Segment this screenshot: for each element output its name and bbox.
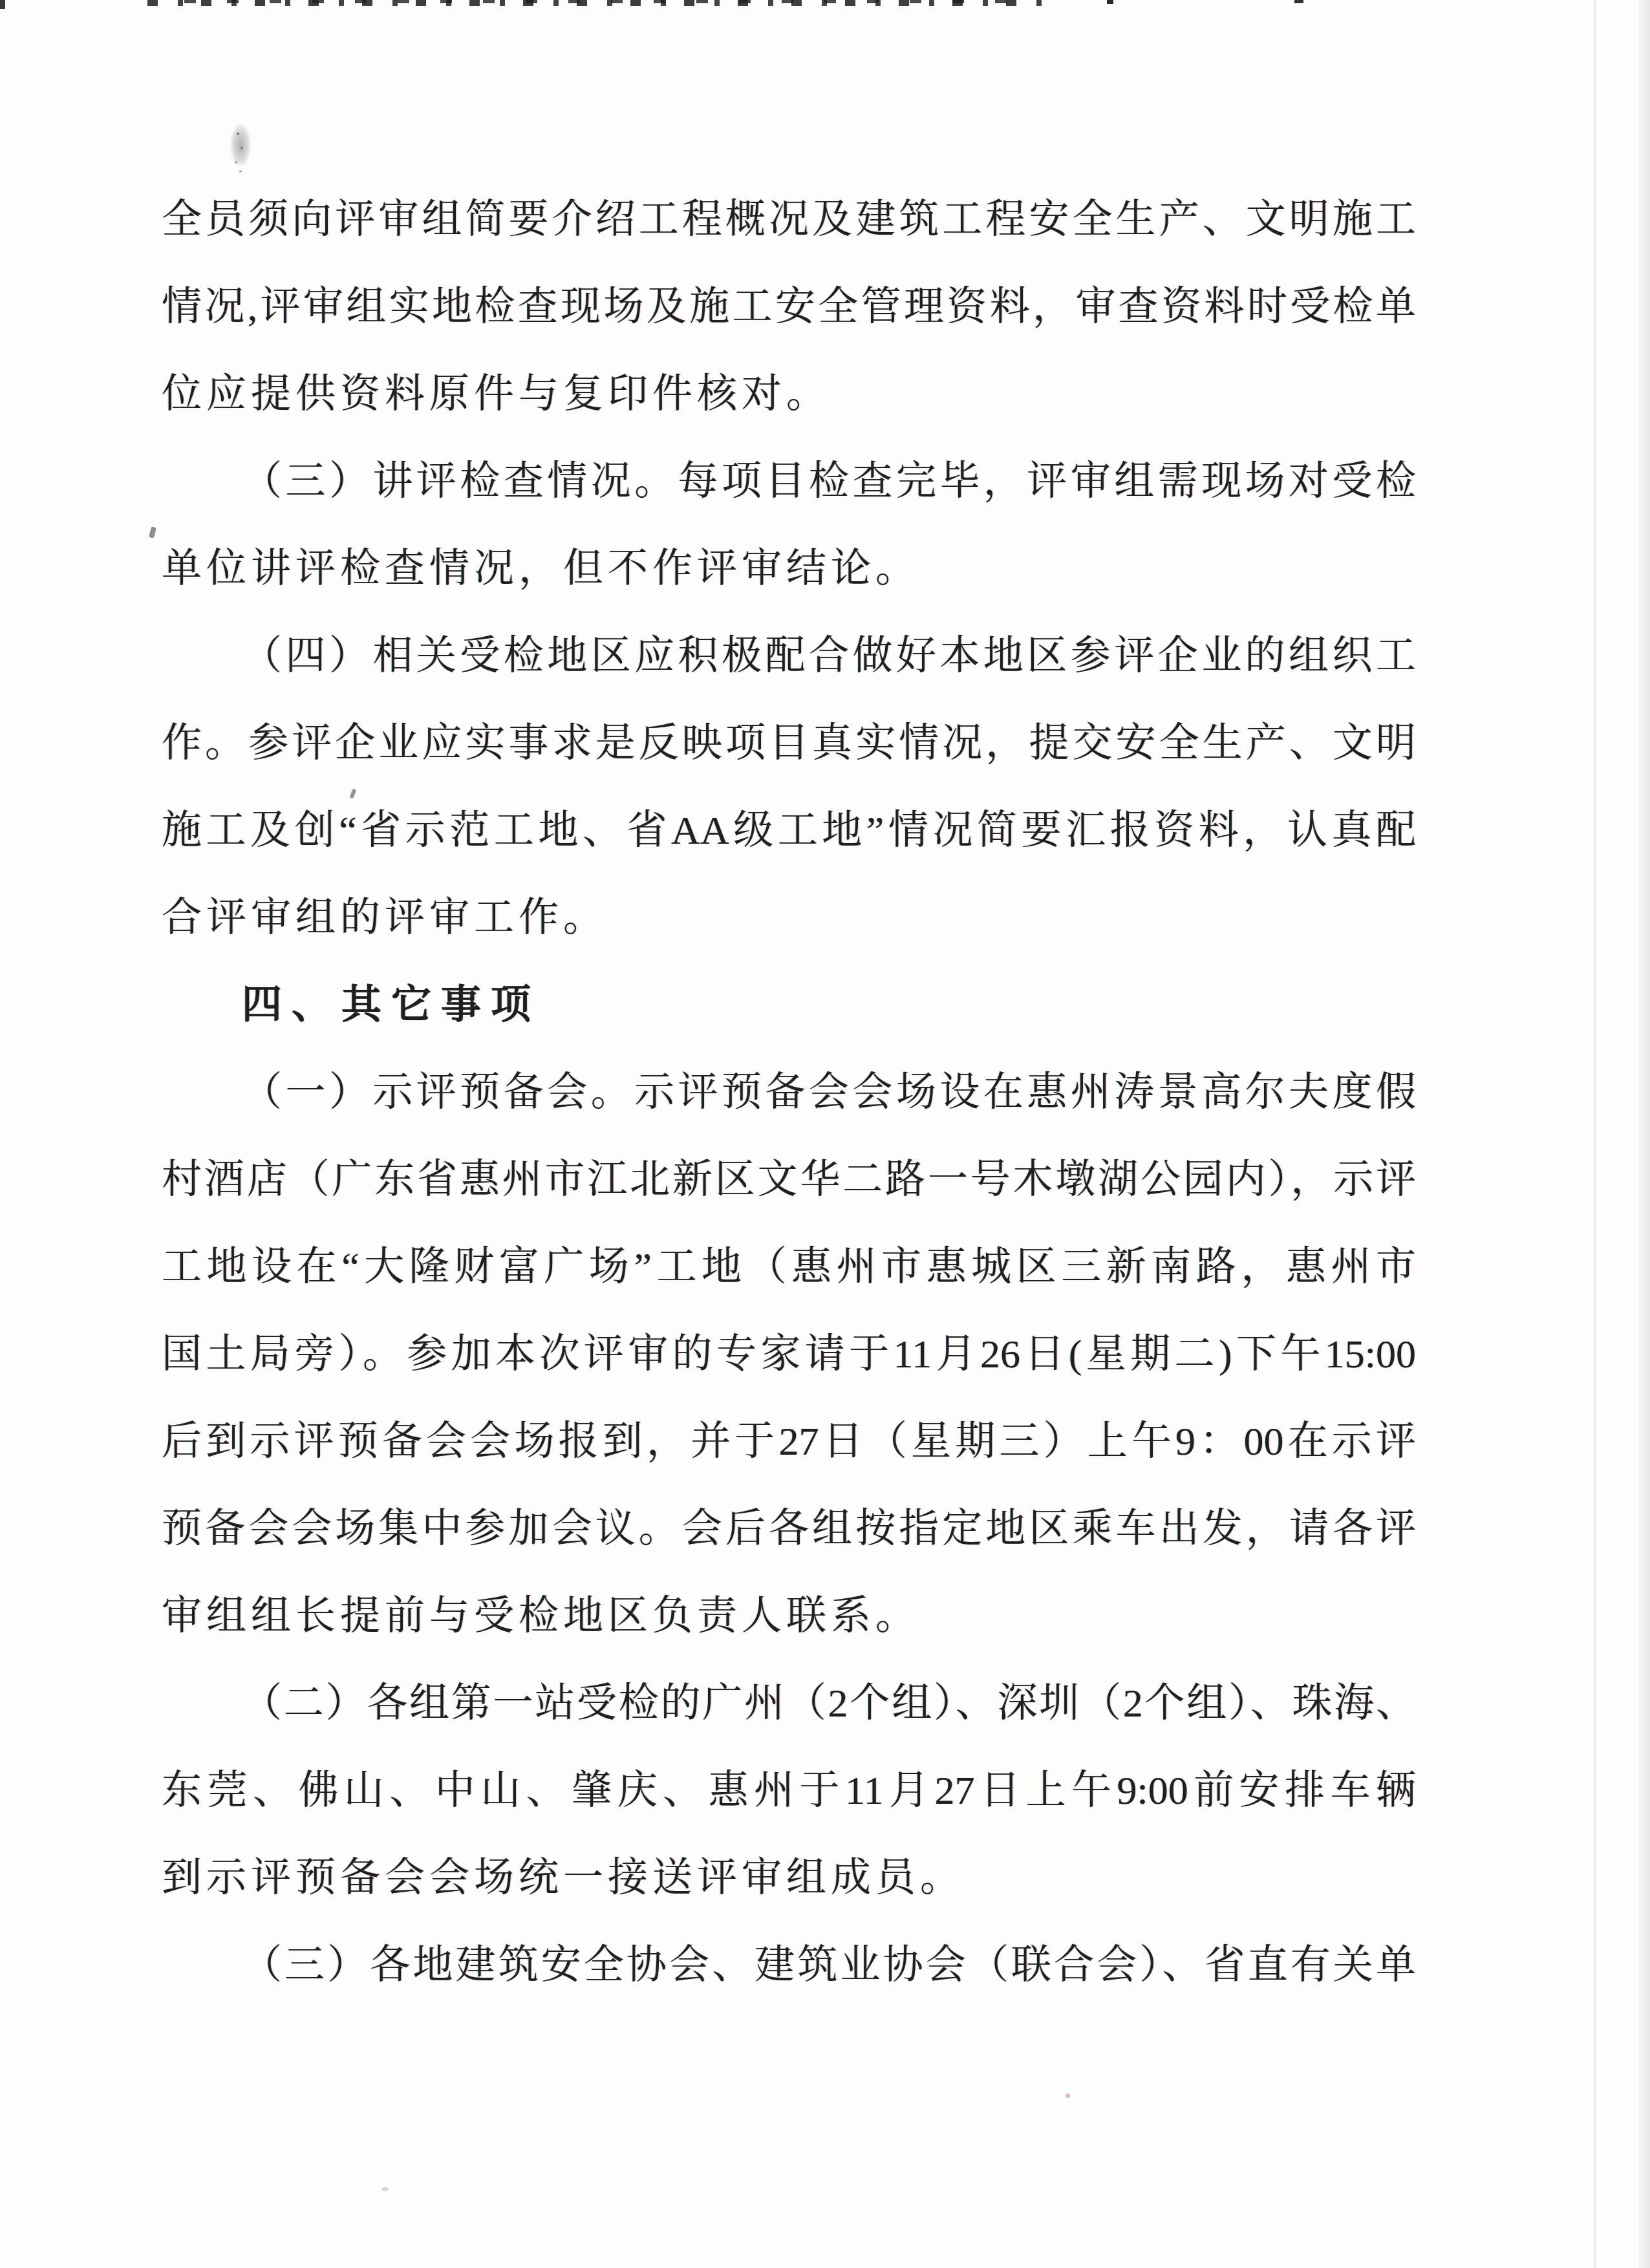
text-line: 村酒店（广东省惠州市江北新区文华二路一号木墩湖公园内），示评 xyxy=(162,1137,1416,1224)
text-line: （四）相关受检地区应积极配合做好本地区参评企业的组织工 xyxy=(162,613,1416,700)
scan-artifact-tick xyxy=(1294,0,1303,3)
scan-artifact-top-strip-2 xyxy=(169,0,1036,3)
ink-smudge xyxy=(226,118,255,178)
document-body: 全员须向评审组简要介绍工程概况及建筑工程安全生产、文明施工情况,评审组实地检查现… xyxy=(162,177,1416,2009)
text-line: 东莞、佛山、中山、肇庆、惠州于11月27日上午9:00前安排车辆 xyxy=(162,1748,1416,1835)
text-line: 施工及创“省示范工地、省AA级工地”情况简要汇报资料，认真配 xyxy=(162,787,1416,875)
ink-smudge-dots xyxy=(237,133,239,135)
scan-artifact-tick xyxy=(1107,0,1113,4)
scan-artifact-corner xyxy=(0,0,5,9)
text-line: （一）示评预备会。示评预备会会场设在惠州涛景高尔夫度假 xyxy=(162,1049,1416,1137)
text-line: 后到示评预备会会场报到，并于27日（星期三）上午9：00在示评 xyxy=(162,1398,1416,1486)
scanner-edge-shade xyxy=(1638,0,1650,2268)
text-line: 情况,评审组实地检查现场及施工安全管理资料，审查资料时受检单 xyxy=(162,264,1416,351)
text-line: 审组组长提前与受检地区负责人联系。 xyxy=(162,1573,1416,1660)
text-line: 预备会会场集中参加会议。会后各组按指定地区乘车出发，请各评 xyxy=(162,1486,1416,1573)
text-line: （三）讲评检查情况。每项目检查完毕，评审组需现场对受检 xyxy=(162,438,1416,526)
text-line: 位应提供资料原件与复印件核对。 xyxy=(162,351,1416,438)
stray-mark xyxy=(149,526,156,538)
text-line: 国土局旁）。参加本次评审的专家请于11月26日(星期二)下午15:00 xyxy=(162,1311,1416,1398)
text-line: 全员须向评审组简要介绍工程概况及建筑工程安全生产、文明施工 xyxy=(162,177,1416,264)
scanned-document-page: 全员须向评审组简要介绍工程概况及建筑工程安全生产、文明施工情况,评审组实地检查现… xyxy=(0,0,1650,2268)
text-line: （三）各地建筑安全协会、建筑业协会（联合会）、省直有关单 xyxy=(162,1922,1416,2009)
stray-speck xyxy=(381,2187,389,2191)
section-heading: 四、其它事项 xyxy=(162,962,1416,1049)
stray-speck xyxy=(1066,2093,1070,2098)
text-line: 作。参评企业应实事求是反映项目真实情况，提交安全生产、文明 xyxy=(162,700,1416,787)
scanner-edge-line xyxy=(1594,0,1596,2268)
text-line: 工地设在“大隆财富广场”工地（惠州市惠城区三新南路，惠州市 xyxy=(162,1224,1416,1311)
text-line: （二）各组第一站受检的广州（2个组）、深圳（2个组）、珠海、 xyxy=(162,1660,1416,1748)
text-line: 合评审组的评审工作。 xyxy=(162,875,1416,962)
text-line: 到示评预备会会场统一接送评审组成员。 xyxy=(162,1835,1416,1922)
text-line: 单位讲评检查情况，但不作评审结论。 xyxy=(162,526,1416,613)
